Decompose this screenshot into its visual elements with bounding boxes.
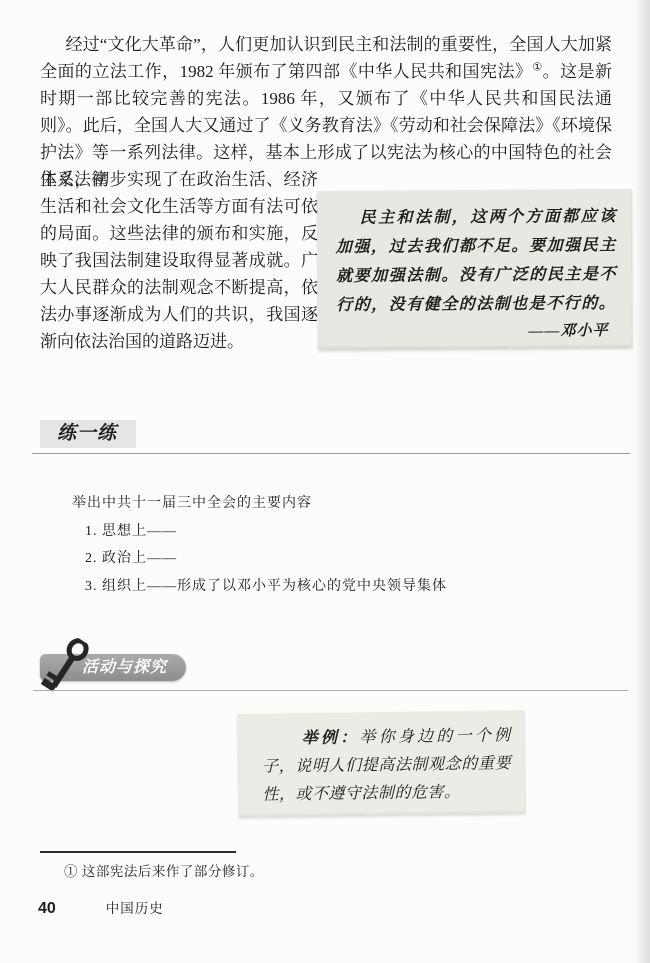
page-footer: 40 中国历史 <box>38 897 164 918</box>
footnote-marker: ① <box>64 864 78 879</box>
book-title: 中国历史 <box>106 901 164 916</box>
practice-item: 2. 政治上—— <box>72 545 552 573</box>
quote-text: 民主和法制，这两个方面都应该加强，过去我们都不足。要加强民主就要加强法制。没有广… <box>336 202 618 320</box>
footnote-marker-superscript: ① <box>532 61 542 73</box>
activity-divider <box>33 690 628 691</box>
footnote: ① 这部宪法后来作了部分修订。 <box>64 860 264 880</box>
example-box: 举例：举你身边的一个例子，说明人们提高法制观念的重要性，或不遵守法制的危害。 <box>237 710 525 817</box>
practice-item: 1. 思想上—— <box>72 518 552 546</box>
practice-prompt: 举出中共十一届三中全会的主要内容 <box>72 490 552 518</box>
footnote-text: 这部宪法后来作了部分修订。 <box>82 864 264 879</box>
page-number: 40 <box>38 900 56 917</box>
example-text: 举你身边的一个例子，说明人们提高法制观念的重要性，或不遵守法制的危害。 <box>262 727 511 803</box>
main-paragraph-narrow: 体系，初步实现了在政治生活、经济生活和社会文化生活等方面有法可依的局面。这些法律… <box>40 166 318 355</box>
practice-divider <box>32 453 630 454</box>
scan-edge-shadow <box>634 0 650 963</box>
footnote-divider <box>40 851 236 853</box>
practice-content: 举出中共十一届三中全会的主要内容 1. 思想上—— 2. 政治上—— 3. 组织… <box>72 490 552 600</box>
quote-box: 民主和法制，这两个方面都应该加强，过去我们都不足。要加强民主就要加强法制。没有广… <box>317 189 632 349</box>
paragraph-text: 经过“文化大革命”，人们更加认识到民主和法制的重要性，全国人大加紧全面的立法工作… <box>40 35 612 81</box>
practice-header-block: 练一练 <box>40 420 136 448</box>
example-label: 举例： <box>302 729 360 747</box>
quote-attribution: ——邓小平 <box>318 319 608 342</box>
key-icon <box>32 630 100 705</box>
textbook-page: 经过“文化大革命”，人们更加认识到民主和法制的重要性，全国人大加紧全面的立法工作… <box>0 0 650 963</box>
practice-section-title: 练一练 <box>40 420 136 448</box>
example-paragraph: 举例：举你身边的一个例子，说明人们提高法制观念的重要性，或不遵守法制的危害。 <box>261 722 511 809</box>
practice-item: 3. 组织上——形成了以邓小平为核心的党中央领导集体 <box>72 573 552 601</box>
